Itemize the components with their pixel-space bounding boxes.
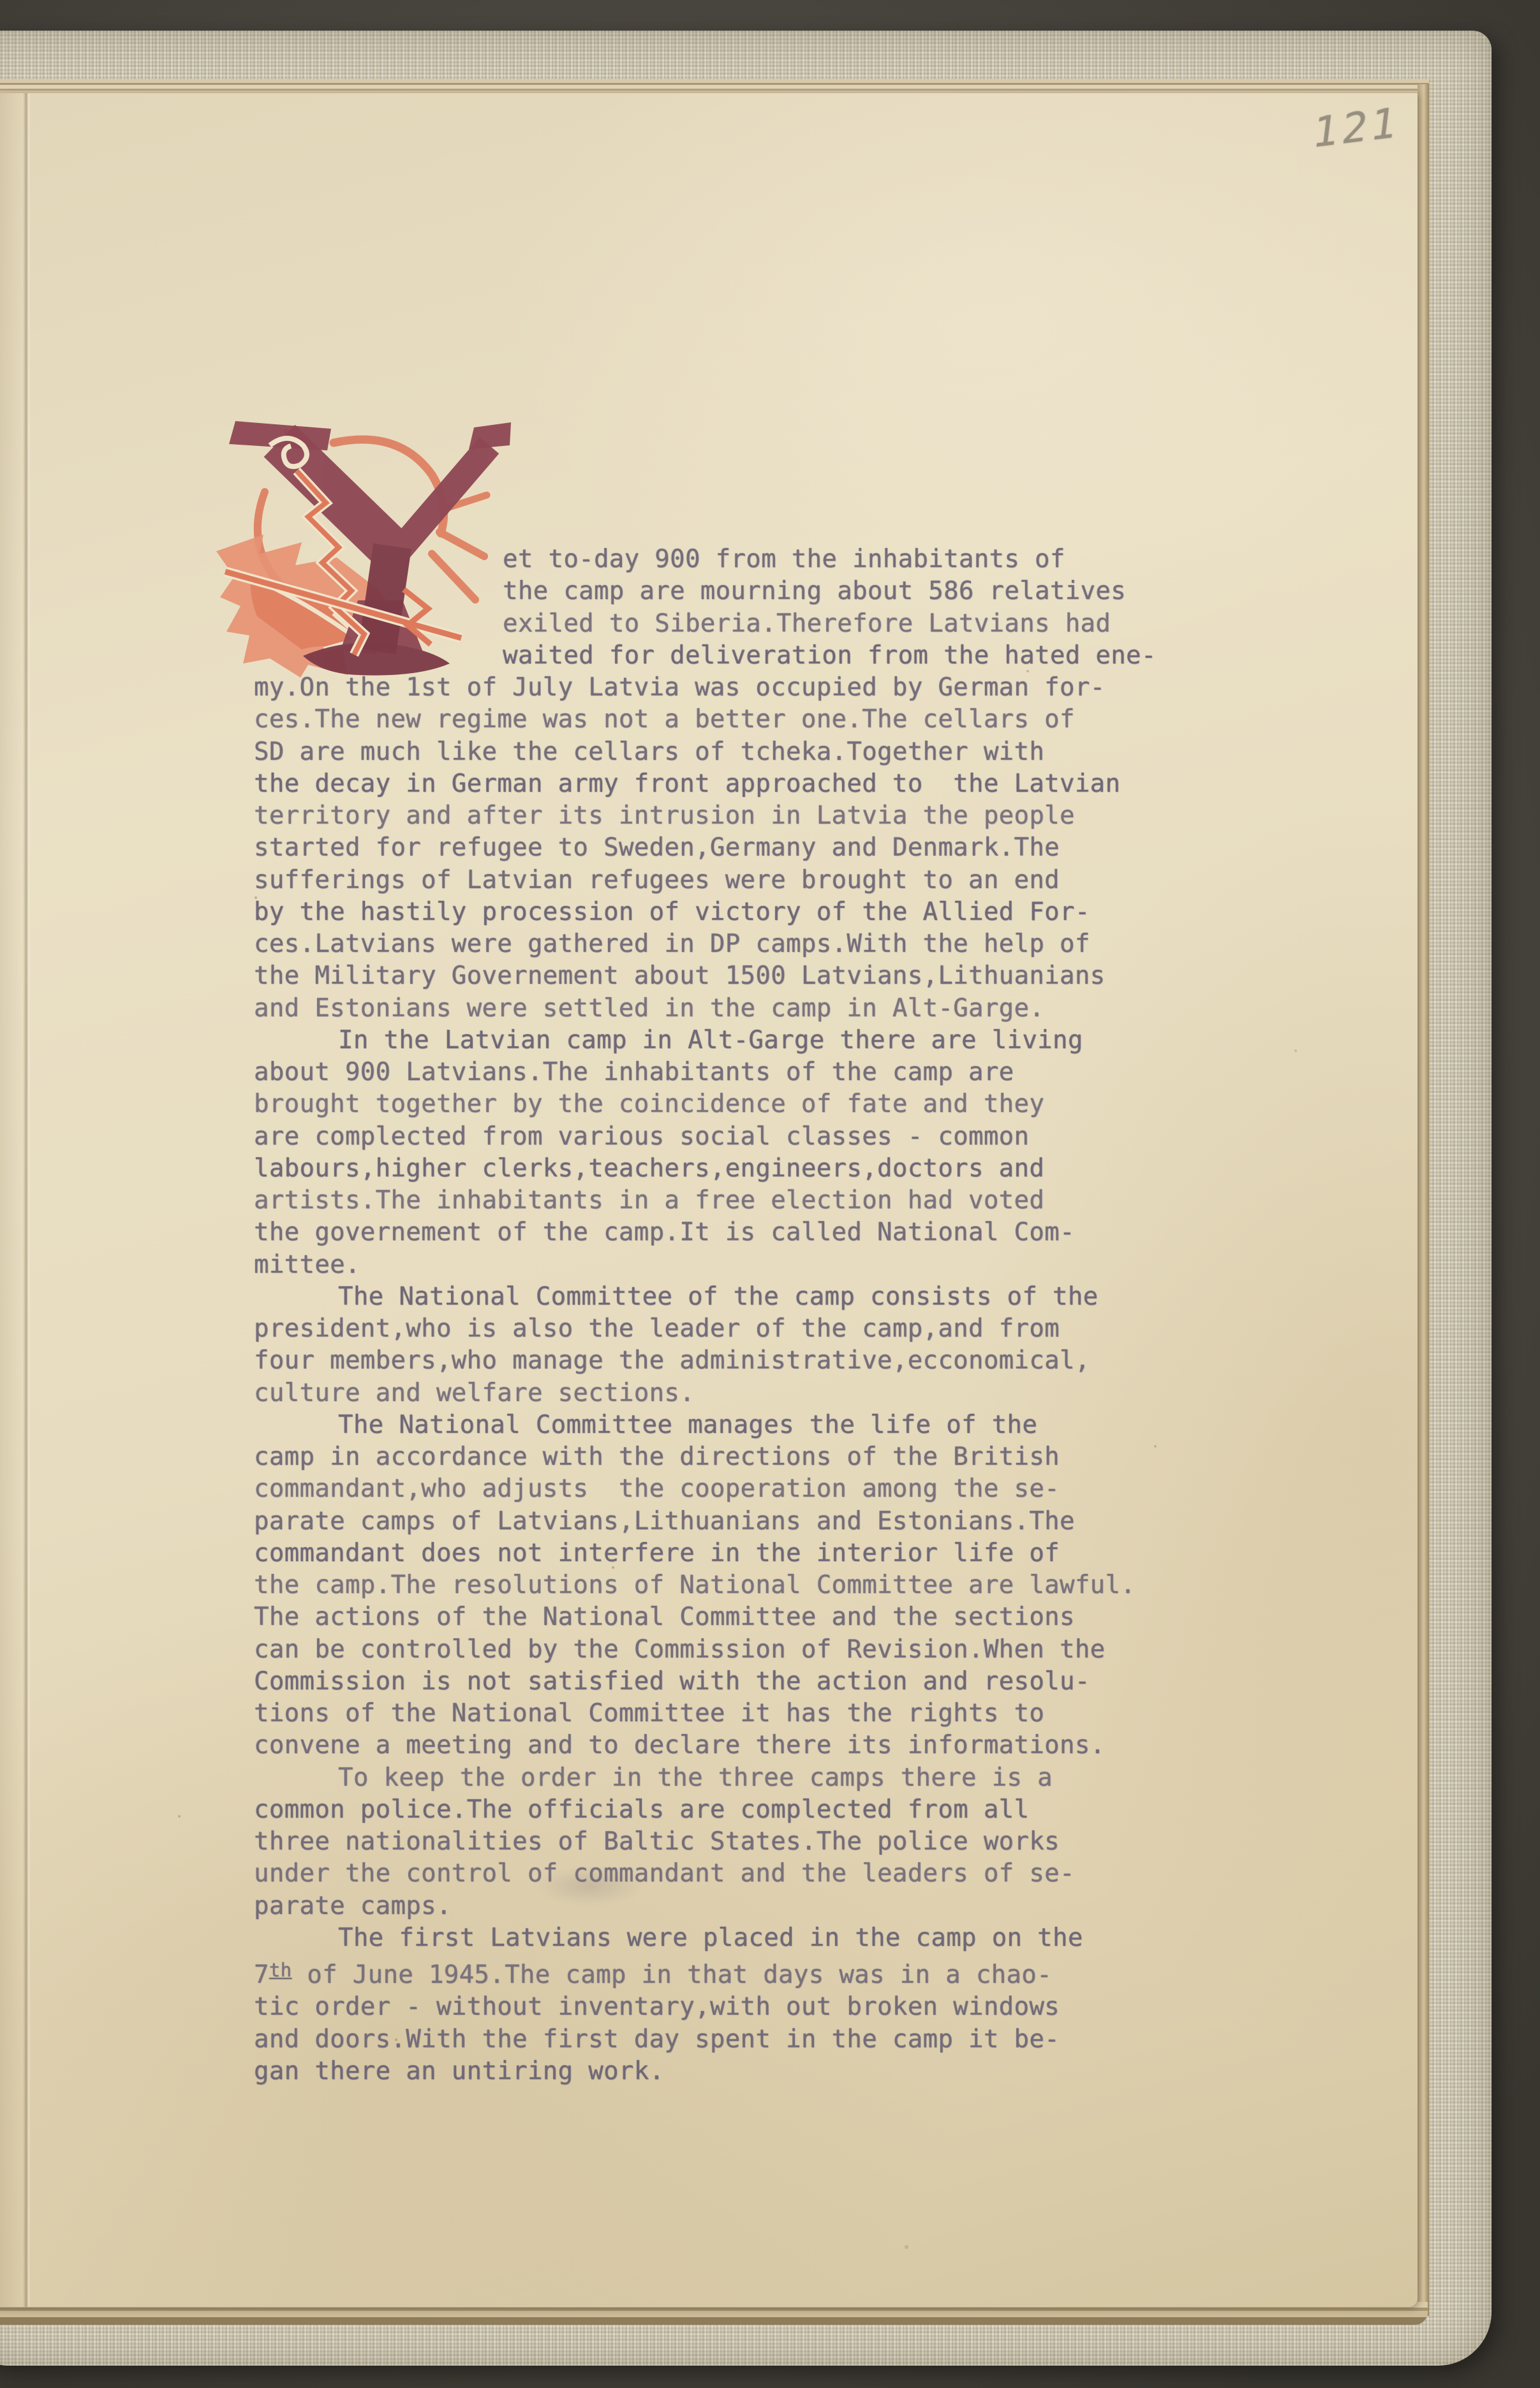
text-line: The actions of the National Committee an… <box>254 1601 1157 1633</box>
text-line: parate camps. <box>254 1890 1157 1922</box>
text-line: the decay in German army front approache… <box>254 768 1157 800</box>
text-line: parate camps of Latvians,Lithuanians and… <box>254 1506 1157 1538</box>
text-line: my.On the 1st of July Latvia was occupie… <box>254 672 1157 704</box>
text-line: sufferings of Latvian refugees were brou… <box>254 864 1157 896</box>
text-line: The National Committee manages the life … <box>254 1409 1157 1441</box>
text-line: started for refugee to Sweden,Germany an… <box>254 832 1157 864</box>
superscript: th <box>269 1959 292 1981</box>
text-line: about 900 Latvians.The inhabitants of th… <box>254 1057 1157 1088</box>
text-line: tions of the National Committee it has t… <box>254 1698 1157 1730</box>
text-line: culture and welfare sections. <box>254 1377 1157 1409</box>
text-line: 7th of June 1945.The camp in that days w… <box>254 1954 1157 1991</box>
text-line: the governement of the camp.It is called… <box>254 1217 1157 1249</box>
text-line: Commission is not satisfied with the act… <box>254 1666 1157 1698</box>
text-line: commandant does not interfere in the int… <box>254 1538 1157 1569</box>
text-line: In the Latvian camp in Alt-Garge there a… <box>254 1025 1157 1057</box>
typewritten-text: et to-day 900 from the inhabitants ofthe… <box>254 544 1157 2088</box>
text-line: exiled to Siberia.Therefore Latvians had <box>254 608 1157 640</box>
text-line: the Military Governement about 1500 Latv… <box>254 960 1157 992</box>
text-line: convene a meeting and to declare there i… <box>254 1730 1157 1761</box>
text-line: commandant,who adjusts the cooperation a… <box>254 1473 1157 1505</box>
text-line: common police.The officials are complect… <box>254 1794 1157 1826</box>
text-line: and Estonians were settled in the camp i… <box>254 993 1157 1025</box>
text-line: To keep the order in the three camps the… <box>254 1762 1157 1794</box>
text-line: ces.The new regime was not a better one.… <box>254 704 1157 736</box>
text-line: brought together by the coincidence of f… <box>254 1088 1157 1120</box>
gutter-crease <box>23 93 31 2307</box>
text-line: tic order - without inventary,with out b… <box>254 1991 1157 2023</box>
text-line: four members,who manage the administrati… <box>254 1345 1157 1377</box>
text-line: the camp.The resolutions of National Com… <box>254 1569 1157 1601</box>
text-line: three nationalities of Baltic States.The… <box>254 1826 1157 1858</box>
text-line: The first Latvians were placed in the ca… <box>254 1922 1157 1954</box>
text-line: waited for deliveration from the hated e… <box>254 640 1157 672</box>
page-stack-edges-right <box>1418 84 1429 2316</box>
text-line: territory and after its intrusion in Lat… <box>254 800 1157 832</box>
text-line: by the hastily procession of victory of … <box>254 896 1157 928</box>
text-line: et to-day 900 from the inhabitants of <box>254 544 1157 575</box>
text-line: mittee. <box>254 1249 1157 1281</box>
text-line: artists.The inhabitants in a free electi… <box>254 1185 1157 1217</box>
text-line: the camp are mourning about 586 relative… <box>254 575 1157 607</box>
text-line: labours,higher clerks,teachers,engineers… <box>254 1153 1157 1185</box>
text-line: camp in accordance with the directions o… <box>254 1441 1157 1473</box>
text-line: president,who is also the leader of the … <box>254 1313 1157 1345</box>
scanned-book-page-photo: 121 Y <box>0 0 1540 2388</box>
text-line: gan there an untiring work. <box>254 2056 1157 2088</box>
text-line: The National Committee of the camp consi… <box>254 1281 1157 1313</box>
text-line: and doors.With the first day spent in th… <box>254 2024 1157 2056</box>
text-line: SD are much like the cellars of tcheka.T… <box>254 736 1157 768</box>
text-line: ces.Latvians were gathered in DP camps.W… <box>254 928 1157 960</box>
text-line: can be controlled by the Commission of R… <box>254 1634 1157 1666</box>
text-line: under the control of commandant and the … <box>254 1858 1157 1890</box>
text-line: are complected from various social class… <box>254 1121 1157 1153</box>
